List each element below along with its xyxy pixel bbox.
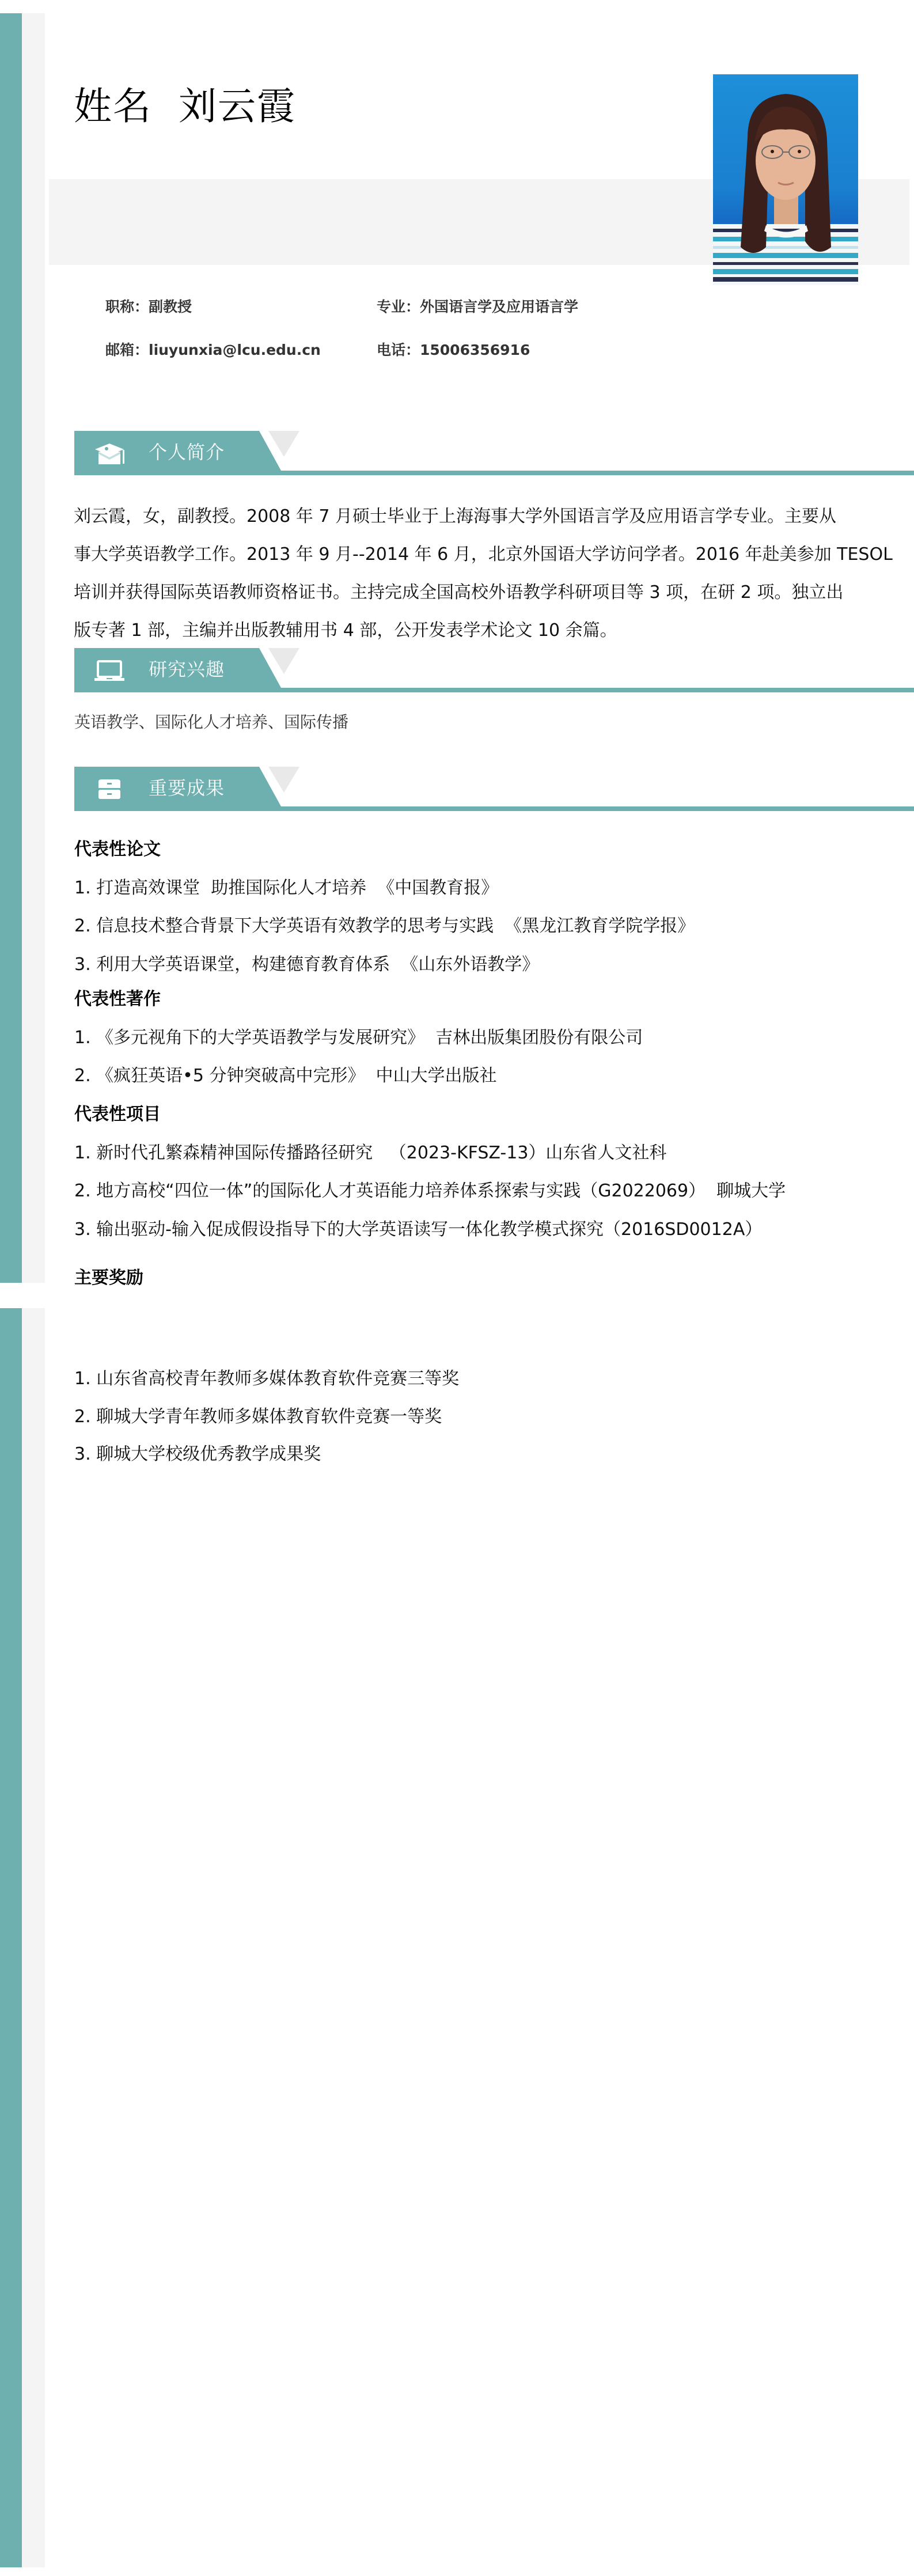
info-email: 邮箱：liuyunxia@lcu.edu.cn (105, 340, 321, 360)
intro-paragraph: 刘云霞，女，副教授。2008 年 7 月硕士毕业于上海海事大学外国语言学及应用语… (74, 498, 880, 650)
award-item: 2. 聊城大学青年教师多媒体教育软件竞赛一等奖 (74, 1406, 442, 1429)
project-item: 2. 地方高校“四位一体”的国际化人才英语能力培养体系探索与实践（G202206… (74, 1180, 786, 1203)
papers-heading: 代表性论文 (74, 838, 161, 861)
book-item: 2. 《疯狂英语•5 分钟突破高中完形》 中山大学出版社 (74, 1065, 497, 1088)
section-title-intro: 个人简介 (149, 440, 225, 464)
section-header-intro: 个人简介 (74, 431, 914, 475)
section-title-achievements: 重要成果 (149, 776, 225, 800)
laptop-icon (93, 660, 126, 683)
page1-left-accent-bar (0, 13, 22, 1283)
info-major: 专业：外国语言学及应用语言学 (377, 297, 578, 317)
section-header-achievements: 重要成果 (74, 767, 914, 811)
info-phone: 电话：15006356916 (377, 340, 530, 360)
intro-line: 事大学英语教学工作。2013 年 9 月--2014 年 6 月，北京外国语大学… (74, 536, 880, 574)
projects-heading: 代表性项目 (74, 1103, 161, 1126)
books-heading: 代表性著作 (74, 988, 161, 1011)
page2-left-accent-bar (0, 1308, 22, 2567)
awards-heading: 主要奖励 (74, 1267, 143, 1290)
paper-item: 3. 利用大学英语课堂，构建德育教育体系 《山东外语教学》 (74, 953, 539, 976)
section-title-research: 研究兴趣 (149, 657, 225, 681)
archive-drawer-icon (93, 778, 126, 801)
graduation-cap-icon (93, 442, 126, 465)
paper-item: 1. 打造高效课堂 助推国际化人才培养 《中国教育报》 (74, 877, 498, 900)
page2-left-gray-strip (22, 1308, 45, 2567)
project-item: 3. 输出驱动-输入促成假设指导下的大学英语读写一体化教学模式探究（2016SD… (74, 1218, 762, 1241)
intro-line: 培训并获得国际英语教师资格证书。主持完成全国高校外语教学科研项目等 3 项，在研… (74, 574, 880, 612)
research-interests: 英语教学、国际化人才培养、国际传播 (74, 711, 348, 734)
page1-left-gray-strip (22, 13, 45, 1283)
book-item: 1. 《多元视角下的大学英语教学与发展研究》 吉林出版集团股份有限公司 (74, 1026, 643, 1050)
portrait-photo (713, 74, 858, 285)
project-item: 1. 新时代孔繁森精神国际传播路径研究 （2023-KFSZ-13）山东省人文社… (74, 1142, 666, 1165)
paper-item: 2. 信息技术整合背景下大学英语有效教学的思考与实践 《黑龙江教育学院学报》 (74, 915, 695, 938)
info-title: 职称：副教授 (105, 297, 192, 317)
section-header-research: 研究兴趣 (74, 648, 914, 692)
award-item: 1. 山东省高校青年教师多媒体教育软件竞赛三等奖 (74, 1367, 459, 1391)
intro-line: 版专著 1 部，主编并出版教辅用书 4 部，公开发表学术论文 10 余篇。 (74, 612, 880, 650)
award-item: 3. 聊城大学校级优秀教学成果奖 (74, 1443, 321, 1466)
person-name: 刘云霞 (179, 84, 296, 128)
intro-line: 刘云霞，女，副教授。2008 年 7 月硕士毕业于上海海事大学外国语言学及应用语… (74, 498, 880, 536)
title-label: 姓名 (74, 84, 152, 128)
page-title: 姓名 刘云霞 (74, 81, 296, 132)
